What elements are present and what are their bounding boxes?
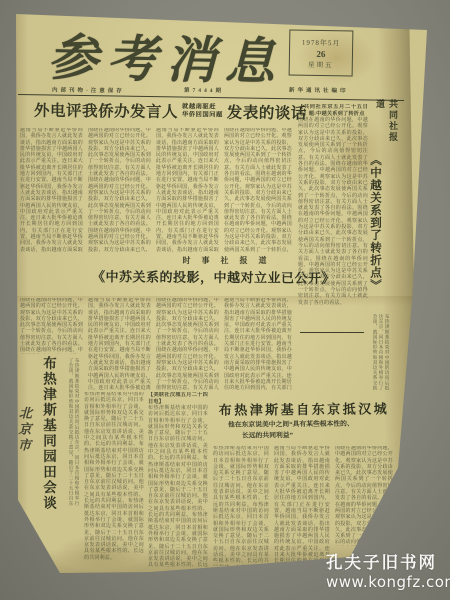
left-vertical-article-title: 布热津斯基同园田会谈 bbox=[38, 356, 58, 536]
date-weekday: 星期五 bbox=[290, 59, 352, 69]
bottom-article-dateline: 【美联社汉城五月二十四日电】 bbox=[148, 392, 208, 405]
date-day: 26 bbox=[290, 48, 352, 59]
right-article-dateline: 【共同社东京五月二十五日电】题:中越关系到了转折点 bbox=[298, 104, 368, 117]
watermark-site-name: 孔夫子旧书网 bbox=[326, 549, 450, 573]
main-headline-part2: 发表的谈话 bbox=[227, 101, 307, 124]
main-headline-small-line2: 华侨回国问题 bbox=[182, 111, 223, 119]
main-headline: 外电评我侨办发言人 就越南驱赶 华侨回国问题 发表的谈话 bbox=[34, 99, 302, 124]
body-text-column: 越南当局不断驱赶华侨回国，我侨办发言人就此发表谈话，指出越南方面采取的排华措施损… bbox=[88, 298, 151, 390]
main-headline-part1: 外电评我侨办发言人 bbox=[34, 99, 178, 123]
bottom-article-title: 布热津斯基自东京抵汉城 bbox=[210, 398, 398, 419]
center-article-kicker: 时事社报道 bbox=[150, 255, 310, 266]
publisher-note: 新华通讯社编印 bbox=[289, 86, 349, 95]
body-text-column: 越南当局不断驱赶华侨回国，我侨办发言人就此发表谈话，指出越南方面采取的排华措施损… bbox=[224, 298, 292, 390]
body-text-column: 围绕在越南的华侨问题，中越两国的对立已经公开化。观察家认为这是中苏关系的投影，双… bbox=[20, 298, 83, 354]
body-text-column: 围绕在越南的华侨问题，中越两国的对立已经公开化。观察家认为这是中苏关系的投影，双… bbox=[88, 128, 151, 252]
body-text: 布热津斯基结束对中国的访问后抵达东京，同日本首相和外相举行了会谈，就国际形势和双… bbox=[148, 406, 208, 568]
watermark-site-url: www.kongfz.com bbox=[326, 573, 450, 591]
body-text-column: 【美联社汉城五月二十四日电】 布热津斯基结束对中国的访问后抵达东京，同日本首相和… bbox=[148, 392, 208, 568]
body-text-column: 布热津斯基结束对中国的访问后抵达东京，同日本首相和外相举行了会谈，就国际形势和双… bbox=[84, 392, 144, 568]
right-article-title: 《中越关系到了转折点》 bbox=[367, 154, 383, 309]
center-article-title: 《中苏关系的投影，中越对立业已公开》 bbox=[92, 266, 360, 287]
date-year-month: 1978年5月 bbox=[290, 37, 352, 48]
body-text-column: 布热津斯基结束对中国的访问后抵达东京，同日本首相和外相举行了会谈，就国际形势和双… bbox=[213, 446, 269, 566]
right-article-kicker: 共同社报道 bbox=[374, 99, 400, 153]
masthead-title: 参考消息 bbox=[47, 17, 302, 90]
body-text-column: 越南当局不断驱赶华侨回国，我侨办发言人就此发表谈话，指出越南方面采取的排华措施损… bbox=[20, 128, 83, 252]
bottom-article-subtitle-line1: 他在东京说美中之间“具有某些根本性的、 bbox=[228, 417, 398, 428]
main-headline-small-stack: 就越南驱赶 华侨回国问题 bbox=[182, 104, 223, 120]
right-article-body: 【共同社东京五月二十五日电】题:中越关系到了转折点 围绕在越南的华侨问题，中越两… bbox=[298, 104, 368, 392]
handwritten-annotation: 北京市 bbox=[12, 406, 34, 483]
body-text-column: 越南当局不断驱赶华侨回国，我侨办发言人就此发表谈话，指出越南方面采取的排华措施损… bbox=[274, 446, 330, 564]
bottom-article-subtitle-line2: 长远的共同利益” bbox=[242, 428, 382, 439]
body-text-column: 围绕在越南的华侨问题，中越两国的对立已经公开化。观察家认为这是中苏关系的投影，双… bbox=[335, 446, 393, 546]
section-divider-rule bbox=[300, 332, 364, 333]
photo-background: 参考消息 1978年5月 26 星期五 内部刊物·注意保存 第7444期 新华通… bbox=[0, 0, 450, 600]
publication-note: 内部刊物·注意保存 bbox=[52, 85, 125, 94]
body-text-column: 围绕在越南的华侨问题，中越两国的对立已经公开化。观察家认为这是中苏关系的投影，双… bbox=[224, 128, 292, 252]
left-vertical-article-kicker-text: 布热津斯基结束对中国的访问后抵达东京，同日本首相和外相举行了会谈，就国际形势和双… bbox=[68, 358, 80, 508]
issue-number: 第7444期 bbox=[184, 86, 224, 95]
body-text-column: 围绕在越南的华侨问题，中越两国的对立已经公开化。观察家认为这是中苏关系的投影，双… bbox=[156, 298, 219, 390]
body-text-column: 越南当局不断驱赶华侨回国，我侨办发言人就此发表谈话，指出越南方面采取的排华措施损… bbox=[156, 128, 219, 252]
right-article-sidebar-text: 布热津斯基结束对中国的访问后抵达东京，同日本首相和外相举行了会谈，就国际形势和双… bbox=[372, 314, 390, 392]
newspaper-page: 参考消息 1978年5月 26 星期五 内部刊物·注意保存 第7444期 新华通… bbox=[0, 0, 450, 600]
date-box: 1978年5月 26 星期五 bbox=[289, 29, 354, 76]
watermark: 孔夫子旧书网 www.kongfz.com bbox=[326, 549, 450, 591]
